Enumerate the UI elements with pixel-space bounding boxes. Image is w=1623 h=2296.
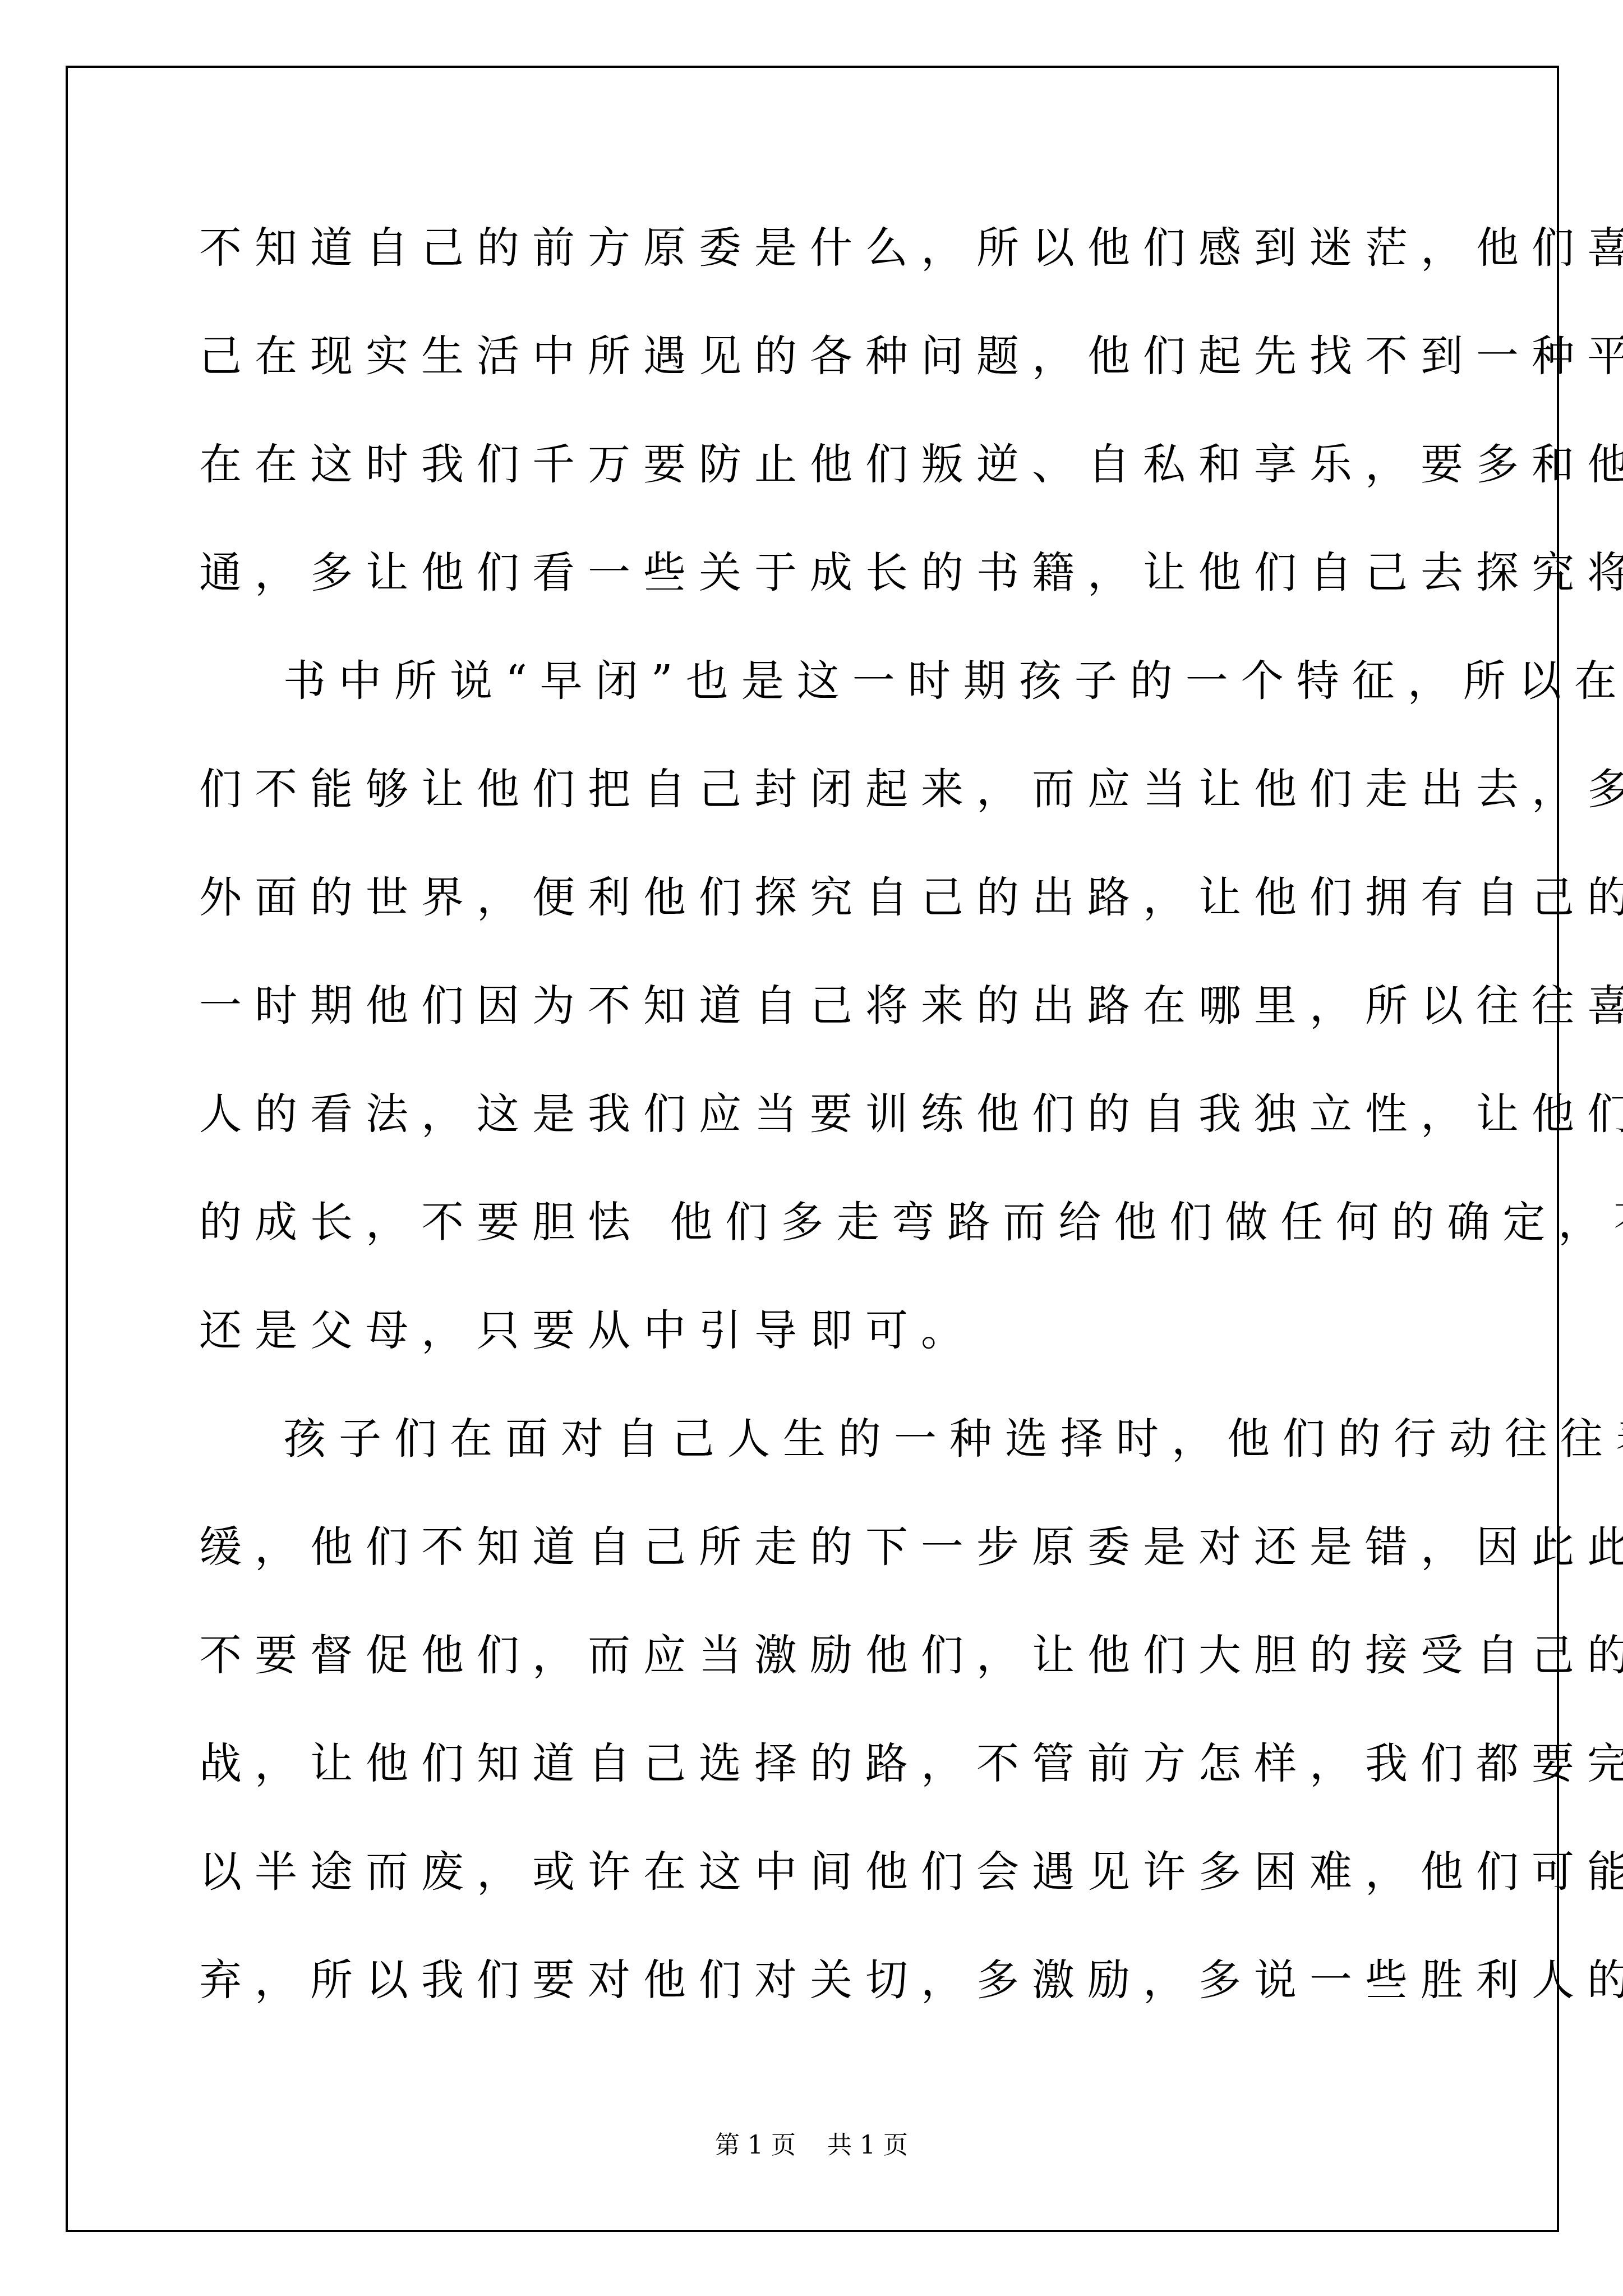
text-line: 不要督促他们，而应当激励他们，让他们大胆的接受自己的选择和挑 (199, 1627, 1623, 1683)
paragraph-first-line: 书中所说“早闭”也是这一时期孩子的一个特征，所以在这时我 (199, 653, 1623, 709)
text-line: 们不能够让他们把自己封闭起来，而应当让他们走出去，多了解一下 (199, 761, 1623, 817)
text-line: 一时期他们因为不知道自己将来的出路在哪里，所以往往喜爱听从别 (199, 978, 1623, 1034)
text-line: 通，多让他们看一些关于成长的书籍，让他们自己去探究将来的出路。 (199, 545, 1623, 601)
text-line: 外面的世界，便利他们探究自己的出路，让他们拥有自己的主见，这 (199, 869, 1623, 926)
text-line: 战，让他们知道自己选择的路，不管前方怎样，我们都要完成，不行 (199, 1736, 1623, 1792)
paragraph-first-line: 孩子们在面对自己人生的一种选择时，他们的行动往往表现为迟 (199, 1411, 1623, 1467)
text-line: 的成长，不要胆怯 他们多走弯路而给他们做任何的确定，不管是老师 (199, 1194, 1623, 1250)
text-line: 以半途而废，或许在这中间他们会遇见许多困难，他们可能会选择放 (199, 1844, 1623, 1900)
text-line: 不知道自己的前方原委是什么，所以他们感到迷茫，他们喜爱躲避自 (199, 220, 1623, 276)
page-border (66, 66, 1559, 2232)
text-line: 己在现实生活中所遇见的各种问题，他们起先找不到一种平安感，所 (199, 328, 1623, 384)
text-line: 还是父母，只要从中引导即可。 (199, 1303, 976, 1359)
text-line: 人的看法，这是我们应当要训练他们的自我独立性，让他们得到真正 (199, 1086, 1623, 1142)
text-line: 弃，所以我们要对他们对关切，多激励，多说一些胜利人的示例，这 (199, 1952, 1623, 2008)
text-line: 在在这时我们千万要防止他们叛逆、自私和享乐，要多和他们进行沟 (199, 436, 1623, 493)
text-line: 缓，他们不知道自己所走的下一步原委是对还是错，因此此时，我们 (199, 1519, 1623, 1575)
page-number-footer: 第 1 页 共 1 页 (0, 2129, 1623, 2162)
